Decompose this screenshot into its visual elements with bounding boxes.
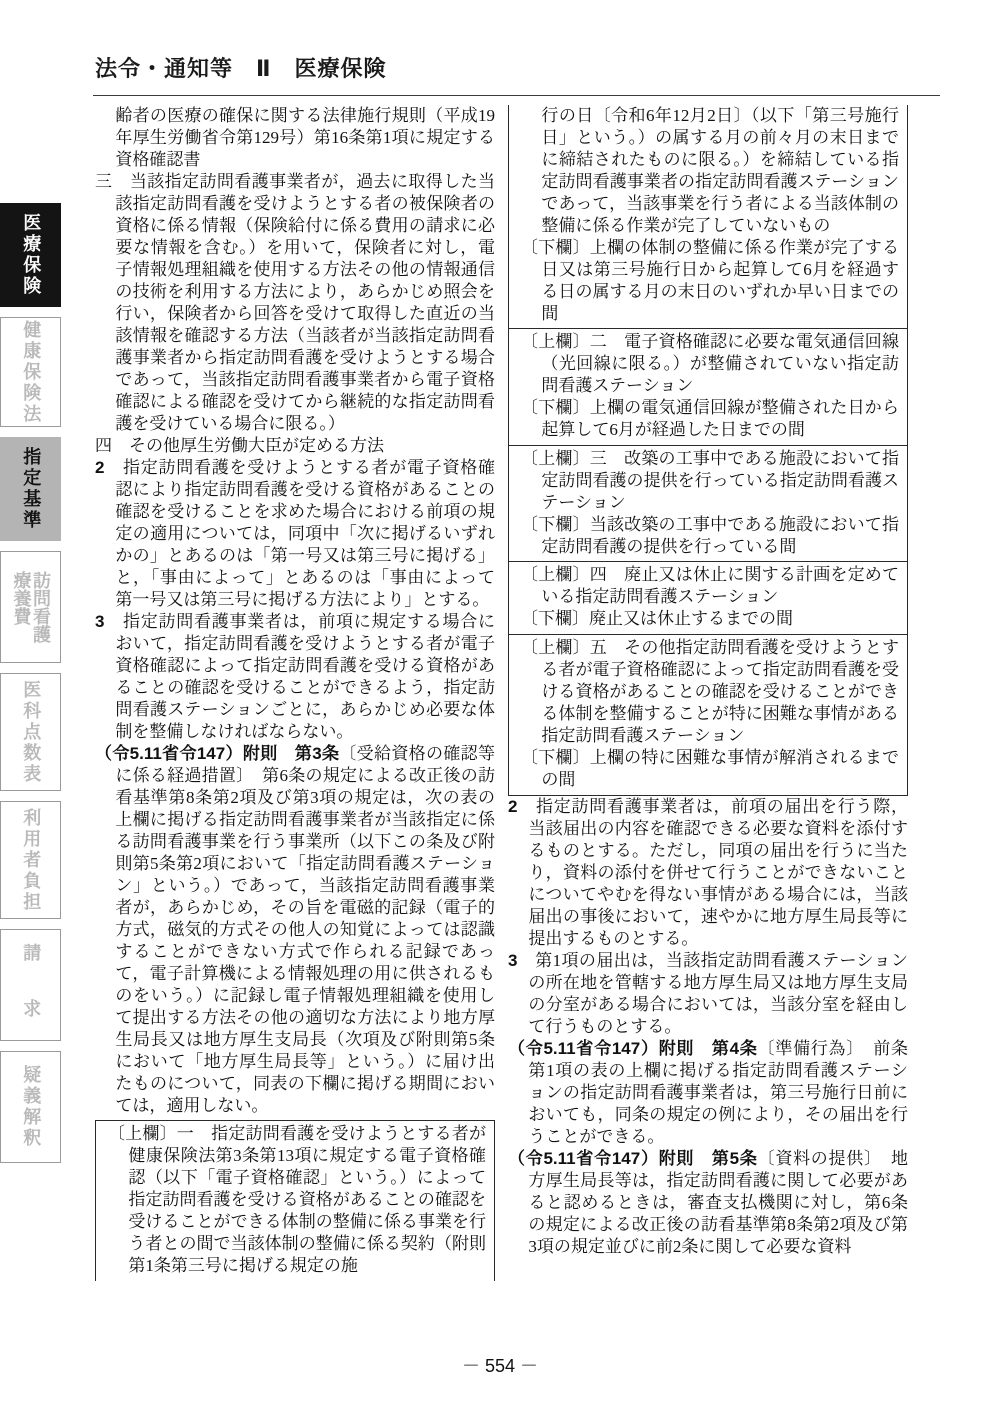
sidebar-tab-ika-tensuhyo: 医科点数表 <box>0 673 61 791</box>
page-number: － 554 － <box>0 1352 1000 1378</box>
table-box-entry: 〔下欄〕当該改築の工事中である施設において指定訪問看護の提供を行っている間 <box>521 514 899 558</box>
table-box: 〔上欄〕二 電子資格確認に必要な電気通信回線（光回線に限る。）が整備されていない… <box>508 328 908 446</box>
table-box: 行の日〔令和6年12月2日〕（以下「第三号施行日」という。）の属する月の前々月の… <box>508 105 908 330</box>
sidebar-tab-riyosha-futan: 利用者負担 <box>0 801 61 919</box>
table-box-entry: 〔下欄〕上欄の特に困難な事情が解消されるまでの間 <box>521 747 899 791</box>
supplementary-provision: （令5.11省令147）附則 第3条〔受給資格の確認等に係る経過措置〕 第6条の… <box>95 743 495 1117</box>
table-box-entry: 〔上欄〕三 改築の工事中である施設において指定訪問看護の提供を行っている指定訪問… <box>521 448 899 514</box>
table-box-entry: 行の日〔令和6年12月2日〕（以下「第三号施行日」という。）の属する月の前々月の… <box>521 105 899 237</box>
sidebar-tab-iryo-hoken: 医療保険 <box>0 203 61 307</box>
table-box-entry: 〔上欄〕四 廃止又は休止に関する計画を定めている指定訪問看護ステーション <box>521 564 899 608</box>
table-box-entry: 〔上欄〕二 電子資格確認に必要な電気通信回線（光回線に限る。）が整備されていない… <box>521 331 899 397</box>
item-number: 3 <box>95 612 104 631</box>
item-number: 三 <box>95 172 112 191</box>
item-number: 四 <box>95 436 112 455</box>
page-title: 法令・通知等 Ⅱ 医療保険 <box>95 56 387 81</box>
paragraph-continuation: 齢者の医療の確保に関する法律施行規則（平成19年厚生労働省令第129号）第16条… <box>95 105 495 171</box>
sidebar-tab-homon-kango-ryoyohi: 訪問看護 療養費 <box>0 551 61 663</box>
numbered-item: 3 第1項の届出は，当該指定訪問看護ステーションの所在地を管轄する地方厚生局又は… <box>508 950 908 1038</box>
numbered-item: 四 その他厚生労働大臣が定める方法 <box>95 435 495 457</box>
provision-lead: （令5.11省令147）附則 第5条 <box>508 1149 758 1168</box>
table-box: 〔上欄〕四 廃止又は休止に関する計画を定めている指定訪問看護ステーション〔下欄〕… <box>508 561 908 635</box>
numbered-item: 2 指定訪問看護事業者は，前項の届出を行う際，当該届出の内容を確認できる必要な資… <box>508 796 908 950</box>
sidebar-tab-shitei-kijun: 指定基準 <box>0 437 61 541</box>
numbered-item: 三 当該指定訪問看護事業者が，過去に取得した当該指定訪問看護を受けようとする者の… <box>95 171 495 435</box>
sidebar-tab-kenko-hokenho: 健康保険法 <box>0 317 61 427</box>
table-box: 〔上欄〕五 その他指定訪問看護を受けようとする者が電子資格確認によって指定訪問看… <box>508 634 908 796</box>
table-box: 〔上欄〕三 改築の工事中である施設において指定訪問看護の提供を行っている指定訪問… <box>508 445 908 563</box>
item-number: 2 <box>95 458 104 477</box>
provision-lead: （令5.11省令147）附則 第4条 <box>508 1039 758 1058</box>
item-number: 3 <box>508 951 517 970</box>
provision-lead: （令5.11省令147）附則 第3条 <box>95 744 339 763</box>
numbered-item: 2 指定訪問看護を受けようとする者が電子資格確認により指定訪問看護を受ける資格が… <box>95 457 495 611</box>
header-rule <box>93 95 940 96</box>
sidebar-tab-index: 医療保険健康保険法指定基準訪問看護 療養費医科点数表利用者負担請 求疑義解釈 <box>0 203 63 1163</box>
table-box-entry: 〔上欄〕五 その他指定訪問看護を受けようとする者が電子資格確認によって指定訪問看… <box>521 637 899 747</box>
table-box-entry: 〔上欄〕一 指定訪問看護を受けようとする者が健康保険法第3条第13項に規定する電… <box>108 1123 486 1277</box>
sidebar-tab-gigi-kaishaku: 疑義解釈 <box>0 1051 61 1163</box>
supplementary-provision: （令5.11省令147）附則 第5条〔資料の提供〕 地方厚生局長等は，指定訪問看… <box>508 1148 908 1258</box>
supplementary-provision: （令5.11省令147）附則 第4条〔準備行為〕 前条第1項の表の上欄に掲げる指… <box>508 1038 908 1148</box>
left-column: 齢者の医療の確保に関する法律施行規則（平成19年厚生労働省令第129号）第16条… <box>95 105 495 1281</box>
table-box-entry: 〔下欄〕上欄の体制の整備に係る作業が完了する日又は第三号施行日から起算して6月を… <box>521 237 899 325</box>
numbered-item: 3 指定訪問看護事業者は，前項に規定する場合において，指定訪問看護を受けようとす… <box>95 611 495 743</box>
page-header: 法令・通知等 Ⅱ 医療保険 <box>95 52 940 83</box>
table-box: 〔上欄〕一 指定訪問看護を受けようとする者が健康保険法第3条第13項に規定する電… <box>95 1120 495 1281</box>
table-box-entry: 〔下欄〕上欄の電気通信回線が整備された日から起算して6月が経過した日までの間 <box>521 397 899 441</box>
right-column: 行の日〔令和6年12月2日〕（以下「第三号施行日」という。）の属する月の前々月の… <box>508 105 908 1258</box>
item-number: 2 <box>508 797 517 816</box>
table-box-entry: 〔下欄〕廃止又は休止するまでの間 <box>521 608 899 630</box>
sidebar-tab-seikyu: 請 求 <box>0 929 61 1041</box>
